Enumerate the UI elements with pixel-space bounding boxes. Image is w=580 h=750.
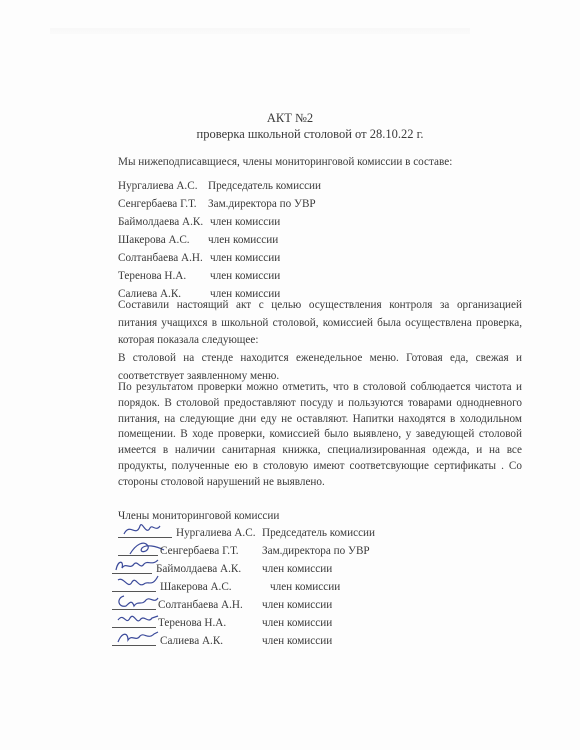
signature-name: Баймолдаева А.К. <box>156 563 241 575</box>
signature-icon <box>114 628 160 648</box>
signature-role: член комиссии <box>262 617 332 629</box>
signature-icon <box>114 592 160 612</box>
member-role: член комиссии <box>208 234 278 246</box>
signature-role: член комиссии <box>262 635 332 647</box>
signature-icon <box>114 610 160 630</box>
signature-role: Председатель комиссии <box>262 527 375 539</box>
signature-name: Шакерова А.С. <box>160 581 232 593</box>
signature-icon <box>122 520 162 540</box>
signature-role: член комиссии <box>270 581 340 593</box>
signature-role: член комиссии <box>262 599 332 611</box>
paragraph-findings: По результатом проверки можно отметить, … <box>118 380 522 491</box>
member-role: Председатель комиссии <box>208 180 321 192</box>
paragraph-purpose: Составили настоящий акт с целью осуществ… <box>118 297 522 350</box>
member-role: член комиссии <box>210 252 280 264</box>
member-role: член комиссии <box>210 216 280 228</box>
signature-name: Нургалиева А.С. <box>176 527 256 539</box>
scan-edge-shadow <box>50 28 470 34</box>
member-name: Нургалиева А.С. <box>118 180 198 192</box>
member-name: Шакерова А.С. <box>118 234 190 246</box>
member-name: Теренова Н.А. <box>118 270 186 282</box>
signature-icon <box>114 574 160 594</box>
member-role: Зам.директора по УВР <box>208 198 316 210</box>
document-subtitle: проверка школьной столовой от 28.10.22 г… <box>20 127 580 142</box>
member-role: член комиссии <box>210 270 280 282</box>
intro-line: Мы нижеподписавщиеся, члены мониторингов… <box>118 156 452 168</box>
signature-name: Салиева А.К. <box>160 635 223 647</box>
signature-name: Сенгербаева Г.Т. <box>160 545 239 557</box>
signature-role: член комиссии <box>262 563 332 575</box>
member-name: Сенгербаева Г.Т. <box>118 198 197 210</box>
signature-icon <box>112 556 160 576</box>
member-name: Солтанбаева А.Н. <box>118 252 203 264</box>
signature-role: Зам.директора по УВР <box>262 545 370 557</box>
signature-name: Теренова Н.А. <box>158 617 226 629</box>
member-name: Баймолдаева А.К. <box>118 216 203 228</box>
signature-name: Солтанбаева А.Н. <box>158 599 243 611</box>
document-title: АКТ №2 <box>0 111 580 126</box>
